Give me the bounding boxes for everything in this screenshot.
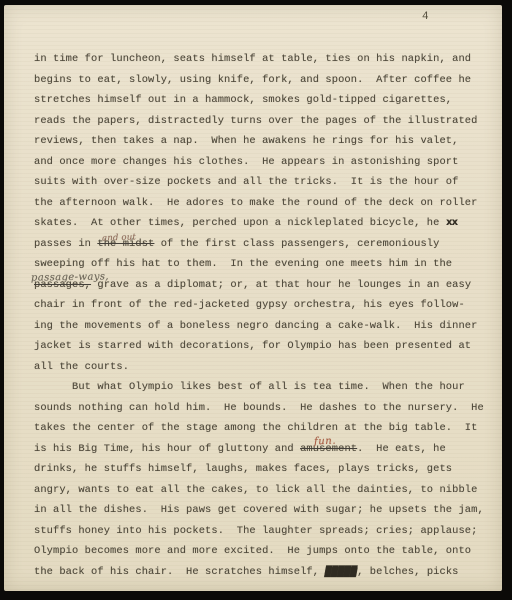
text-segment: chair in front of the red-jacketed gypsy… [34,299,465,311]
typescript-line: stretches himself out in a hammock, smok… [34,90,484,111]
text-segment: begins to eat, slowly, using knife, fork… [34,74,471,86]
text-segment: . He eats, he [357,443,446,455]
typescript-line: jacket is starred with decorations, for … [34,336,484,357]
handwritten-annotation: fun. [314,431,337,452]
typescript-line: chair in front of the red-jacketed gypsy… [34,295,484,316]
text-segment: Olympio becomes more and more excited. H… [34,545,471,557]
typescript-line: sounds nothing can hold him. He bounds. … [34,398,484,419]
handwritten-annotation: passage-ways, [31,267,109,289]
document-text: in time for luncheon, seats himself at t… [34,49,484,582]
text-segment: all the courts. [34,361,129,373]
text-segment: ing the movements of a boneless negro da… [34,320,477,332]
text-segment: , belches, picks [357,566,458,578]
text-segment: reviews, then takes a nap. When he awake… [34,135,458,147]
typescript-line: drinks, he stuffs himself, laughs, makes… [34,459,484,480]
text-segment: skates. At other times, perched upon a n… [34,217,446,229]
text-segment: is his Big Time, his hour of gluttony an… [34,443,300,455]
typescript-line: suits with over-size pockets and all the… [34,172,484,193]
typescript-line: all the courts. [34,357,484,378]
typescript-line: the afternoon walk. He adores to make th… [34,193,484,214]
text-segment: the back of his chair. He scratches hims… [34,566,325,578]
typescript-line: in all the dishes. His paws get covered … [34,500,484,521]
text-segment: But what Olympio likes best of all is te… [34,381,465,393]
text-segment: passes in [34,238,97,250]
text-segment: in all the dishes. His paws get covered … [34,504,484,516]
strikethrough-text: passages,passage-ways, [34,279,91,291]
text-segment: angry, wants to eat all the cakes, to li… [34,484,477,496]
typescript-page: 4 in time for luncheon, seats himself at… [4,5,502,591]
text-segment: of the first class passengers, ceremonio… [154,238,439,250]
typescript-line: the back of his chair. He scratches hims… [34,562,484,583]
handwritten-annotation: and out [102,227,137,249]
typescript-line: ing the movements of a boneless negro da… [34,316,484,337]
strikethrough-text: amusementfun. [300,443,357,455]
overtyped-correction: xx [446,217,457,229]
scribbled-out-word: █████ [325,567,358,577]
text-segment: the afternoon walk. He adores to make th… [34,197,477,209]
text-segment: suits with over-size pockets and all the… [34,176,458,188]
strikethrough-text: the midstand out [97,238,154,250]
typescript-line: reads the papers, distractedly turns ove… [34,111,484,132]
typescript-line: begins to eat, slowly, using knife, fork… [34,70,484,91]
typescript-line: in time for luncheon, seats himself at t… [34,49,484,70]
text-segment: stuffs honey into his pockets. The laugh… [34,525,477,537]
text-segment: drinks, he stuffs himself, laughs, makes… [34,463,452,475]
text-segment: sounds nothing can hold him. He bounds. … [34,402,484,414]
typescript-line: reviews, then takes a nap. When he awake… [34,131,484,152]
text-segment: grave as a diplomat; or, at that hour he… [91,279,471,291]
typescript-line: takes the center of the stage among the … [34,418,484,439]
text-segment: and once more changes his clothes. He ap… [34,156,458,168]
page-number: 4 [422,11,429,23]
typescript-line: passages,passage-ways, grave as a diplom… [34,275,484,296]
text-segment: in time for luncheon, seats himself at t… [34,53,471,65]
typescript-line: and once more changes his clothes. He ap… [34,152,484,173]
text-segment: stretches himself out in a hammock, smok… [34,94,452,106]
typescript-line: But what Olympio likes best of all is te… [34,377,484,398]
typescript-line: stuffs honey into his pockets. The laugh… [34,521,484,542]
typescript-line: Olympio becomes more and more excited. H… [34,541,484,562]
typescript-line: angry, wants to eat all the cakes, to li… [34,480,484,501]
text-segment: takes the center of the stage among the … [34,422,477,434]
typescript-line: is his Big Time, his hour of gluttony an… [34,439,484,460]
text-segment: jacket is starred with decorations, for … [34,340,471,352]
text-segment: reads the papers, distractedly turns ove… [34,115,477,127]
typescript-line: passes in the midstand out of the first … [34,234,484,255]
